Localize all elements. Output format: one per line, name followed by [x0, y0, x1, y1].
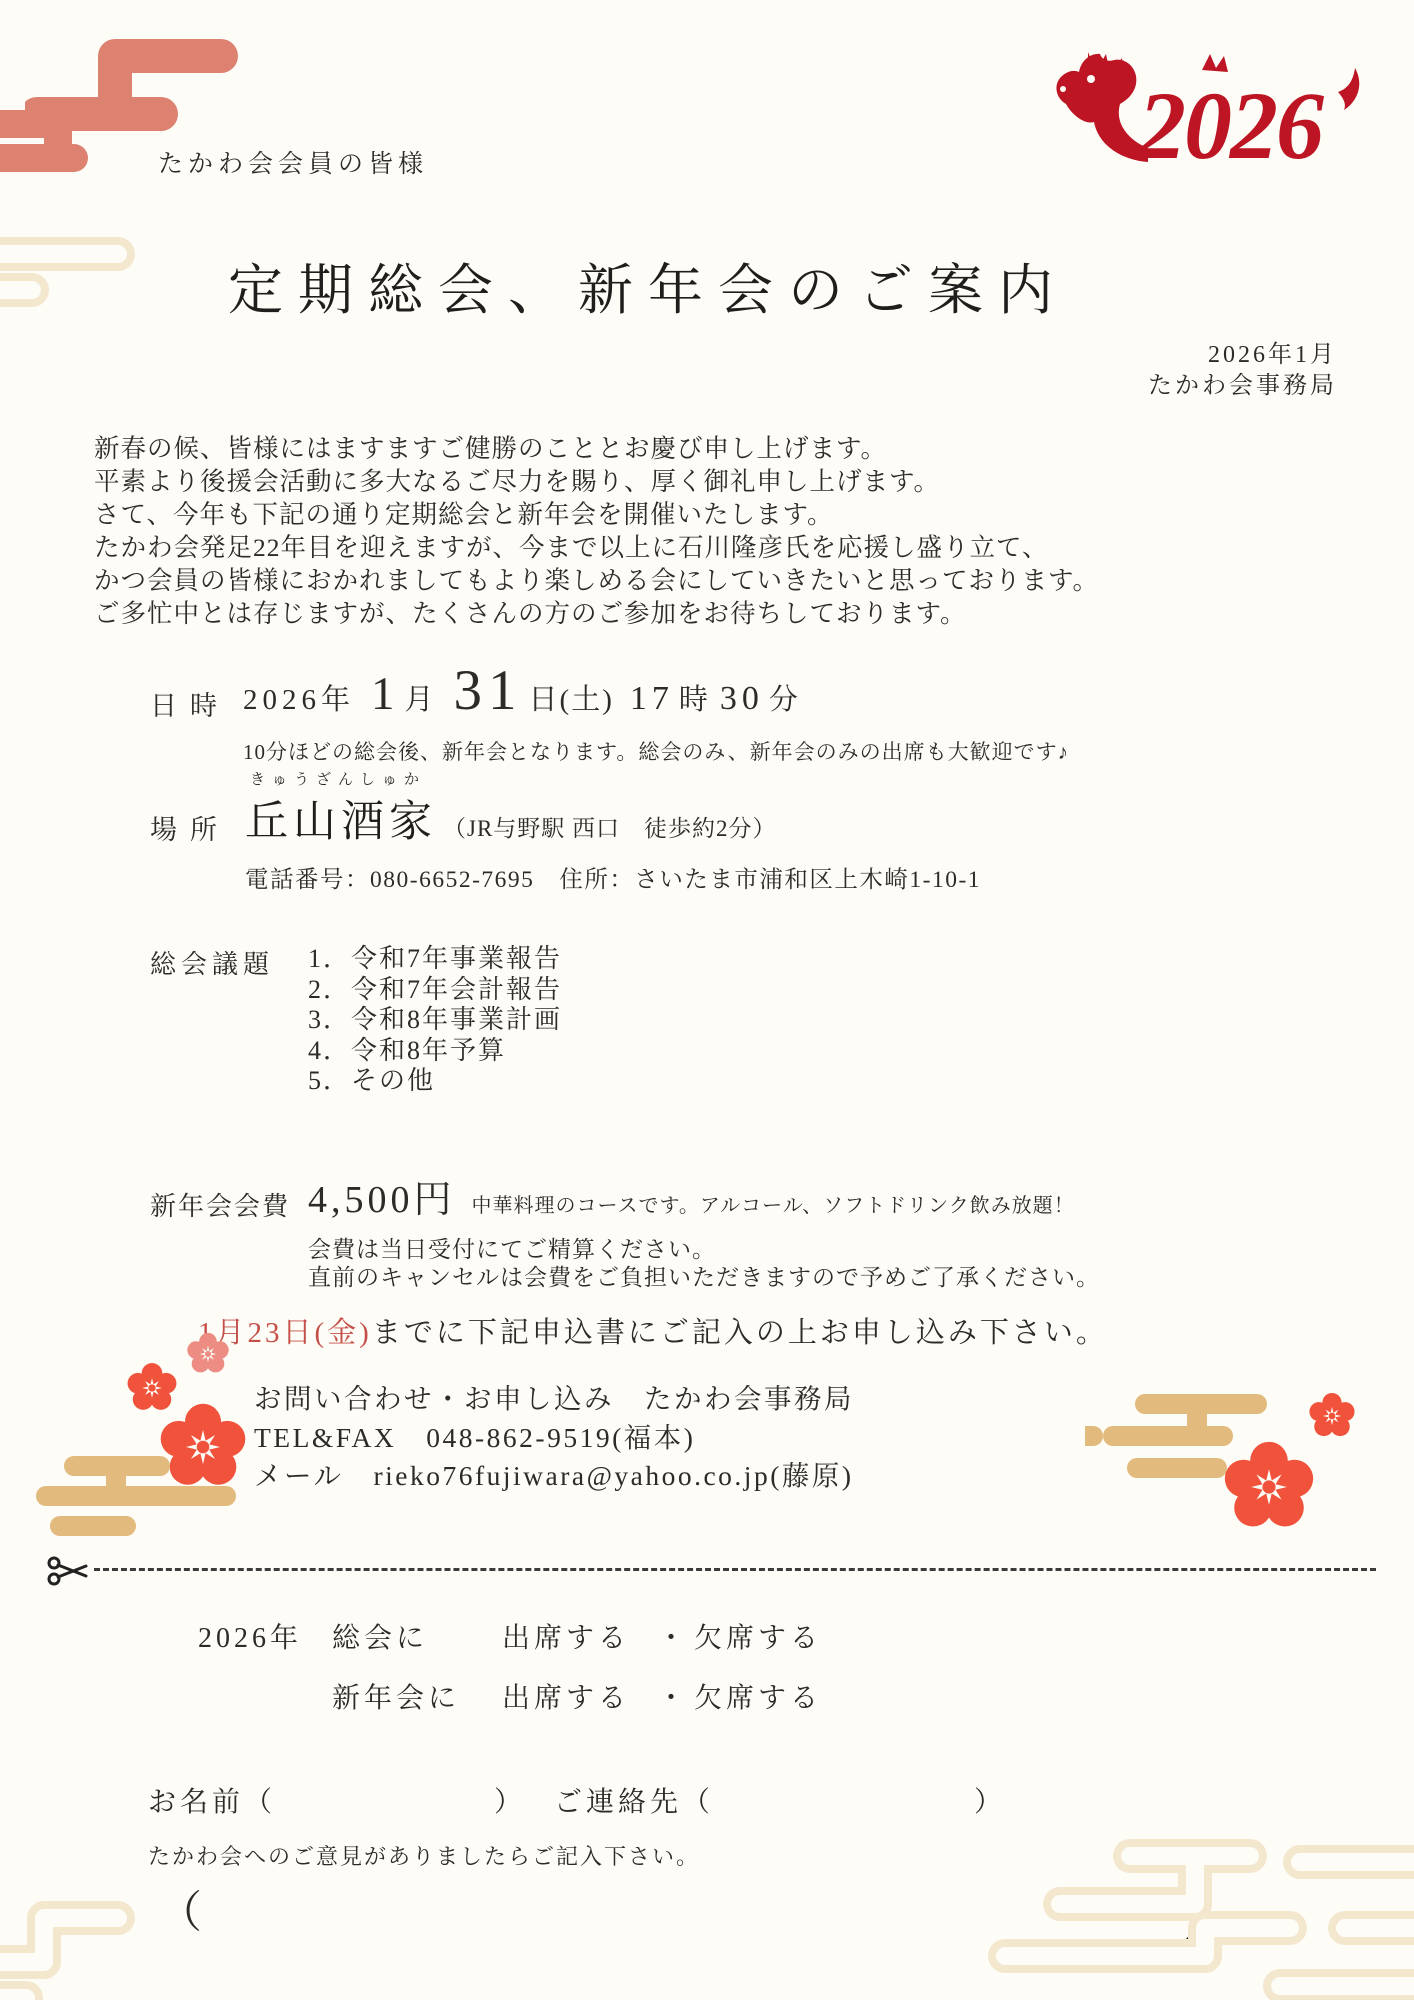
- logo-year-text: 2026: [1136, 72, 1324, 179]
- datetime-day-unit: 日(土): [529, 677, 614, 718]
- attend-option-general: 出席する: [502, 1616, 630, 1656]
- greeting-line: さて、今年も下記の通り定期総会と新年会を開催いたします。: [94, 498, 1099, 531]
- greeting-line: 新春の候、皆様にはますますご健勝のこととお慶び申し上げます。: [94, 432, 1099, 465]
- datetime-minute: 30: [720, 680, 764, 718]
- issue-date: 2026年1月: [1148, 340, 1337, 371]
- greeting-paragraph: 新春の候、皆様にはますますご健勝のこととお慶び申し上げます。 平素より後援会活動…: [94, 432, 1099, 630]
- issuer: たかわ会事務局: [1148, 371, 1337, 402]
- cloud-motif-left-edge: [0, 110, 110, 176]
- fee-note: 会費は当日受付にてご精算ください。: [308, 1236, 1100, 1264]
- name-field-label: お名前（: [148, 1780, 276, 1820]
- fee-amount-row: 4,500円 中華料理のコースです。アルコール、ソフトドリンク飲み放題！: [308, 1168, 1075, 1223]
- cut-line: [94, 1568, 1376, 1571]
- contact-line: お問い合わせ・お申し込み たかわ会事務局: [254, 1380, 854, 1419]
- absent-option-party: 欠席する: [694, 1676, 822, 1716]
- venue-name-row: 丘山酒家 （JR与野駅 西口 徒歩約2分）: [245, 788, 777, 849]
- plum-blossom-icon: [186, 1332, 230, 1376]
- greeting-line: たかわ会発足22年目を迎えますが、今まで以上に石川隆彦氏を応援し盛り立て、: [94, 531, 1099, 564]
- venue-contact-info: 電話番号：080-6652-7695 住所：さいたま市浦和区上木崎1-10-1: [245, 860, 981, 894]
- datetime-year: 2026年: [243, 677, 355, 718]
- agenda-item: 5．その他: [308, 1066, 562, 1097]
- datetime-hour-unit: 時: [679, 677, 708, 718]
- outline-cloud-motif-bottom-left: [0, 1896, 180, 2000]
- option-separator: ・: [657, 1676, 685, 1716]
- venue-access: （JR与野駅 西口 徒歩約2分）: [443, 810, 777, 849]
- greeting-line: 平素より後援会活動に多大なるご尽力を賜り、厚く御礼申し上げます。: [94, 465, 1099, 498]
- plum-blossom-icon: [1308, 1392, 1356, 1440]
- attend-option-party: 出席する: [502, 1676, 630, 1716]
- deadline-line: 1月23日(金)までに下記申込書にご記入の上お申し込み下さい。: [198, 1310, 1108, 1351]
- name-contact-row: お名前（ ） ご連絡先（ ）: [148, 1780, 1006, 1820]
- venue-name: 丘山酒家: [245, 788, 437, 849]
- agenda-list: 1．令和7年事業報告 2．令和7年会計報告 3．令和8年事業計画 4．令和8年予…: [308, 944, 562, 1097]
- horse-2026-logo: 2026: [1052, 48, 1362, 188]
- form-general-meeting-label: 総会に: [332, 1616, 428, 1656]
- flyer-page: たかわ会会員の皆様 2026 定期総会、新年会のご案内 2026年1月 たかわ会…: [0, 0, 1414, 2000]
- recipient-line: たかわ会会員の皆様: [158, 144, 428, 180]
- agenda-item: 4．令和8年予算: [308, 1036, 562, 1067]
- plum-blossom-icon: [1222, 1440, 1316, 1534]
- fee-meal-note: 中華料理のコースです。アルコール、ソフトドリンク飲み放題！: [472, 1189, 1075, 1218]
- datetime-note: 10分ほどの総会後、新年会となります。総会のみ、新年会のみの出席も大歓迎です♪: [243, 736, 1069, 766]
- datetime-month-unit: 月: [405, 677, 434, 718]
- outline-cloud-motif-bottom-right: [980, 1836, 1414, 2000]
- agenda-item: 1．令和7年事業報告: [308, 944, 562, 975]
- horse-head-icon: [1056, 54, 1148, 162]
- scissors-icon: [46, 1554, 90, 1588]
- datetime-month: 1: [371, 667, 399, 721]
- venue-label: 場所: [150, 808, 230, 847]
- datetime-label: 日時: [150, 684, 230, 723]
- agenda-item: 2．令和7年会計報告: [308, 975, 562, 1006]
- form-year: 2026年: [198, 1616, 302, 1656]
- datetime-hour: 17: [630, 680, 674, 718]
- agenda-item: 3．令和8年事業計画: [308, 1005, 562, 1036]
- contact-block: お問い合わせ・お申し込み たかわ会事務局 TEL&FAX 048-862-951…: [254, 1380, 854, 1496]
- greeting-line: ご多忙中とは存じますが、たくさんの方のご参加をお待ちしております。: [94, 597, 1099, 630]
- datetime-value: 2026年 1 月 31 日(土) 17 時 30 分: [243, 658, 798, 723]
- greeting-line: かつ会員の皆様におかれましてもより楽しめる会にしていきたいと思っております。: [94, 564, 1099, 597]
- issue-block: 2026年1月 たかわ会事務局: [1148, 340, 1337, 402]
- datetime-day: 31: [454, 658, 523, 723]
- venue-furigana: きゅうざんしゅか: [250, 768, 426, 789]
- gold-cloud-motif: [30, 1452, 240, 1537]
- fee-amount: 4,500円: [308, 1168, 456, 1223]
- name-field-close: ）: [494, 1780, 526, 1820]
- form-party-label: 新年会に: [332, 1676, 460, 1716]
- outline-cloud-motif-title-left: [0, 226, 170, 311]
- opinion-prompt: たかわ会へのご意見がありましたらご記入下さい。: [148, 1840, 700, 1871]
- contact-field-label: ご連絡先（: [554, 1780, 714, 1820]
- agenda-label: 総会議題: [150, 944, 274, 981]
- fee-label: 新年会会費: [150, 1186, 290, 1223]
- deadline-rest: までに下記申込書にご記入の上お申し込み下さい。: [372, 1317, 1108, 1349]
- contact-field-close: ）: [974, 1780, 1006, 1820]
- absent-option-general: 欠席する: [694, 1616, 822, 1656]
- option-separator: ・: [657, 1616, 685, 1656]
- horse-tail-icon: [1338, 68, 1359, 110]
- contact-line: TEL&FAX 048-862-9519(福本): [254, 1419, 854, 1458]
- page-title: 定期総会、新年会のご案内: [228, 246, 1068, 325]
- datetime-minute-unit: 分: [769, 677, 798, 718]
- fee-note: 直前のキャンセルは会費をご負担いただきますので予めご了承ください。: [308, 1264, 1100, 1292]
- fee-notes: 会費は当日受付にてご精算ください。 直前のキャンセルは会費をご負担いただきますの…: [308, 1236, 1100, 1291]
- contact-line: メール rieko76fujiwara@yahoo.co.jp(藤原): [254, 1457, 854, 1496]
